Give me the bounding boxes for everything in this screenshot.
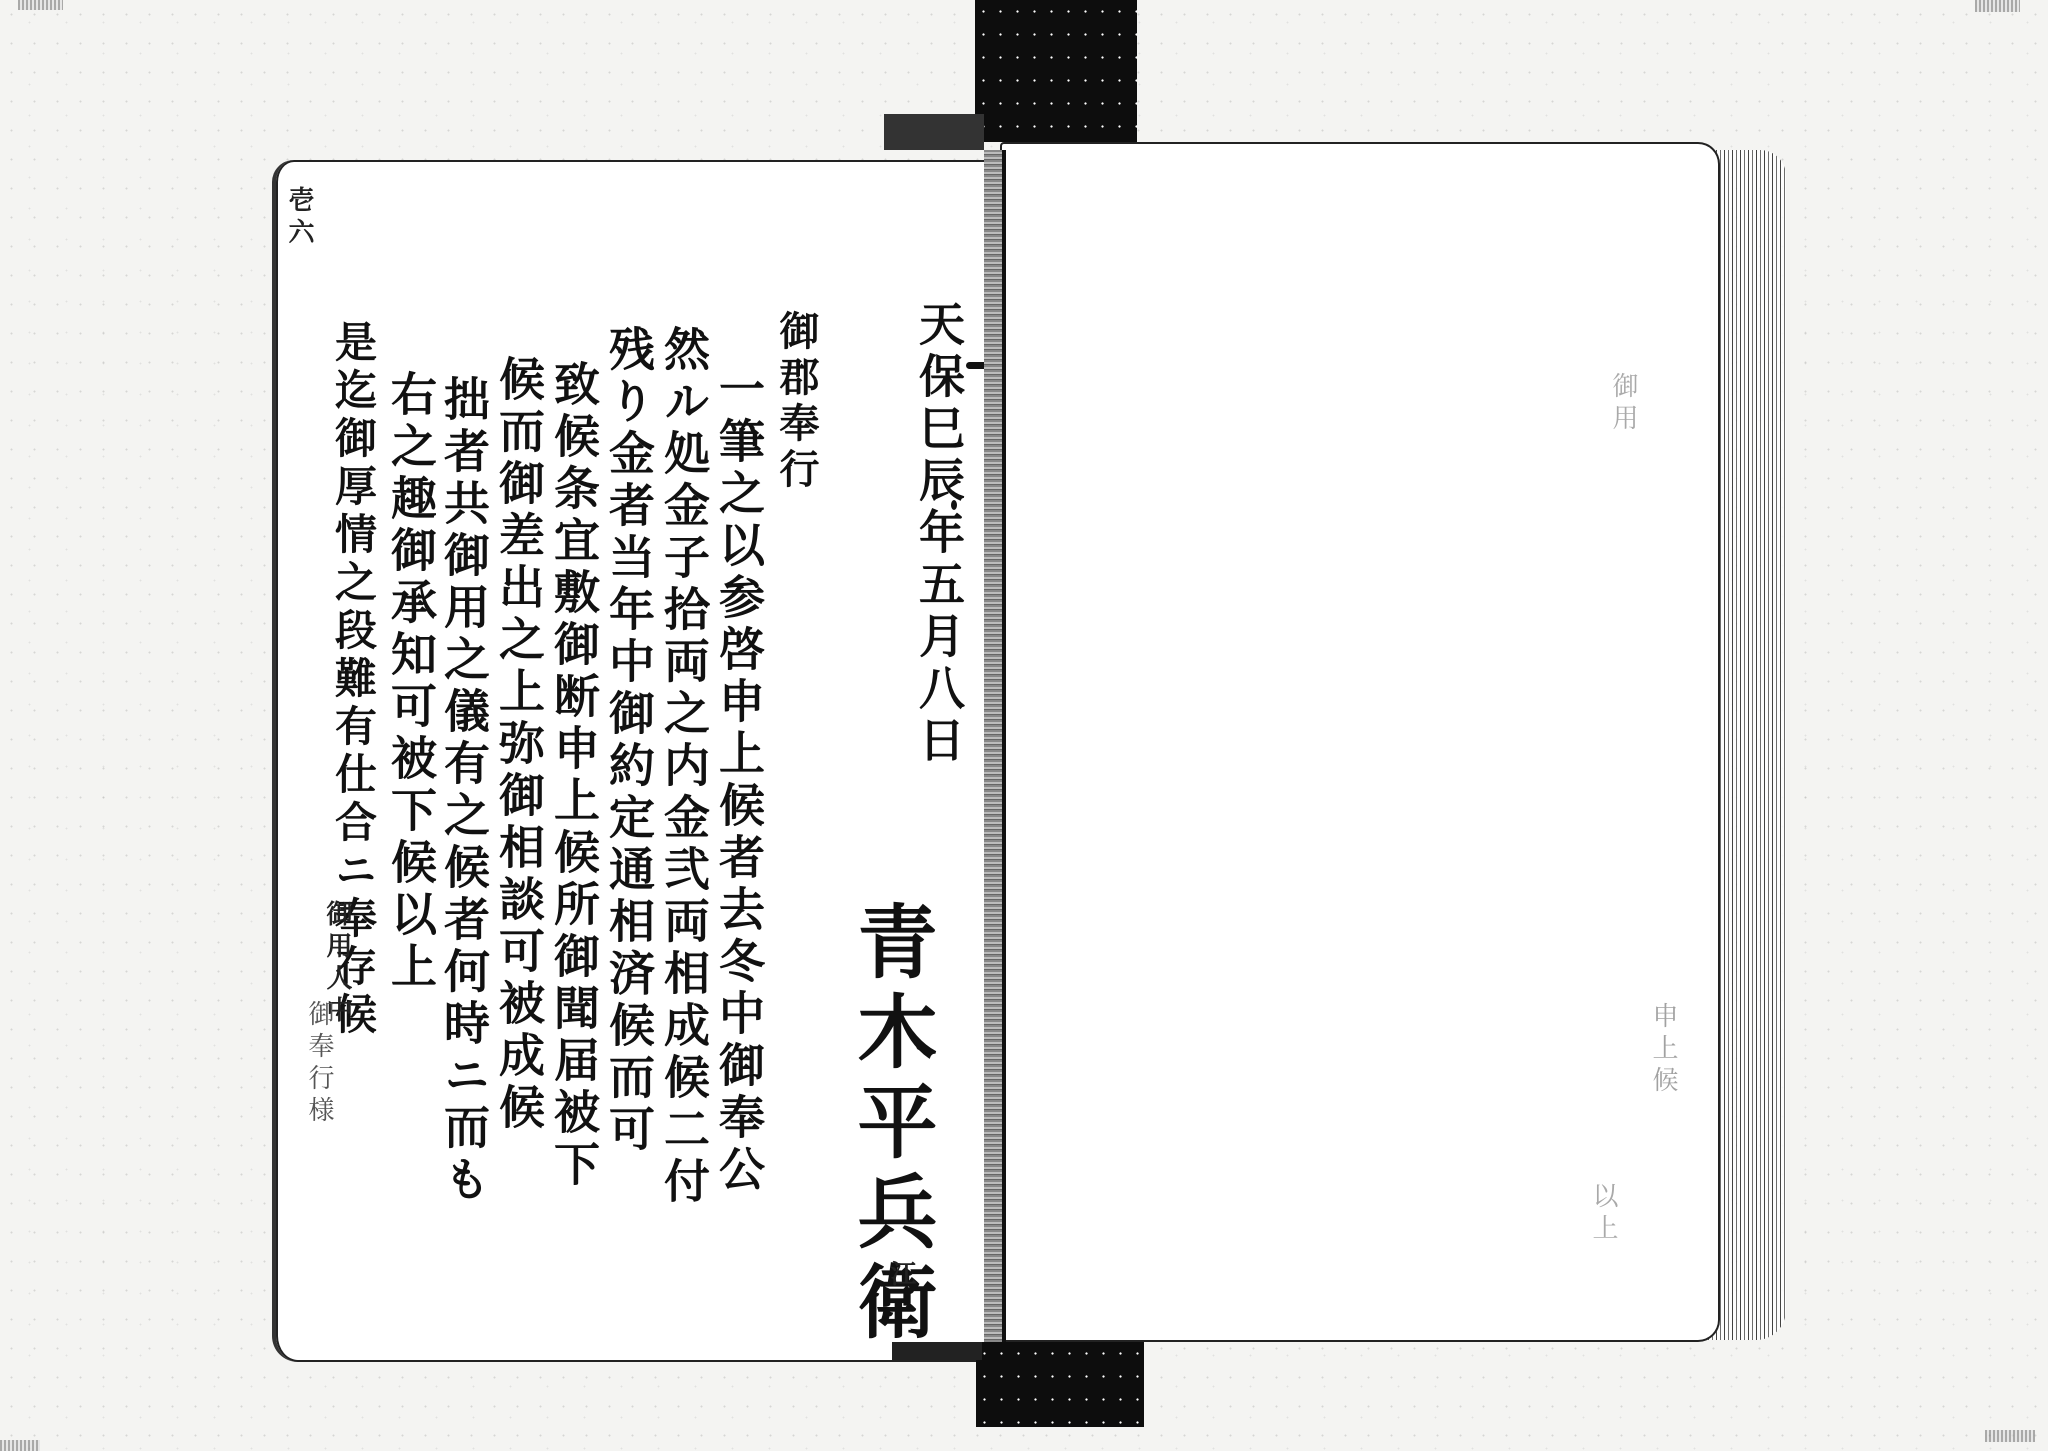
body-column: 候而御差出之上弥御相談可被成候: [496, 355, 542, 1135]
body-column: 拙者共御用之儀有之候者何時ニ而も: [441, 375, 487, 1207]
sender-suffix: 江: [888, 1260, 914, 1292]
scan-corner-bottom-right: [1985, 1430, 2035, 1442]
left-page: 壱六 天保巳辰年五月八日 青木平兵衛 江 御郡奉行 一筆之以参啓申上候者去冬中御…: [272, 160, 994, 1362]
ink-dot: [916, 1040, 922, 1050]
date-line: 天保巳辰年五月八日: [916, 300, 962, 768]
margin-note: 壱六: [286, 186, 312, 250]
body-column: 一筆之以参啓申上候者去冬中御奉公: [716, 365, 762, 1197]
binding-tab-top-left: [884, 114, 984, 150]
bleed-through-text: 以上: [1590, 1182, 1616, 1246]
binding-tab-bottom: [976, 1342, 1144, 1427]
binding-tab-bottom-left: [892, 1342, 982, 1360]
scan-corner-bottom-left: [0, 1440, 40, 1451]
addressee-line: 御郡奉行: [776, 310, 816, 494]
body-column: 致候条宜敷御断申上候所御聞届被下: [551, 360, 597, 1192]
right-page: 御用 申上候 以上: [1000, 142, 1720, 1342]
body-column: 残り金者当年中御約定通相済候而可: [606, 325, 652, 1157]
book-spine: [984, 150, 1006, 1350]
body-column: 然ル処金子拾両之内金弐両相成候二付: [661, 325, 707, 1209]
bleed-through-text: 御用: [1610, 372, 1636, 436]
ink-dot: [951, 500, 957, 510]
binding-tab-top: [975, 0, 1137, 142]
closing-line: 御奉行様: [306, 1000, 332, 1128]
bleed-through-text: 申上候: [1650, 1002, 1676, 1098]
body-column: 右之趣御承知可被下候以上: [388, 370, 434, 994]
scan-corner-top-right: [1975, 0, 2020, 12]
scan-corner-top-left: [18, 0, 63, 10]
